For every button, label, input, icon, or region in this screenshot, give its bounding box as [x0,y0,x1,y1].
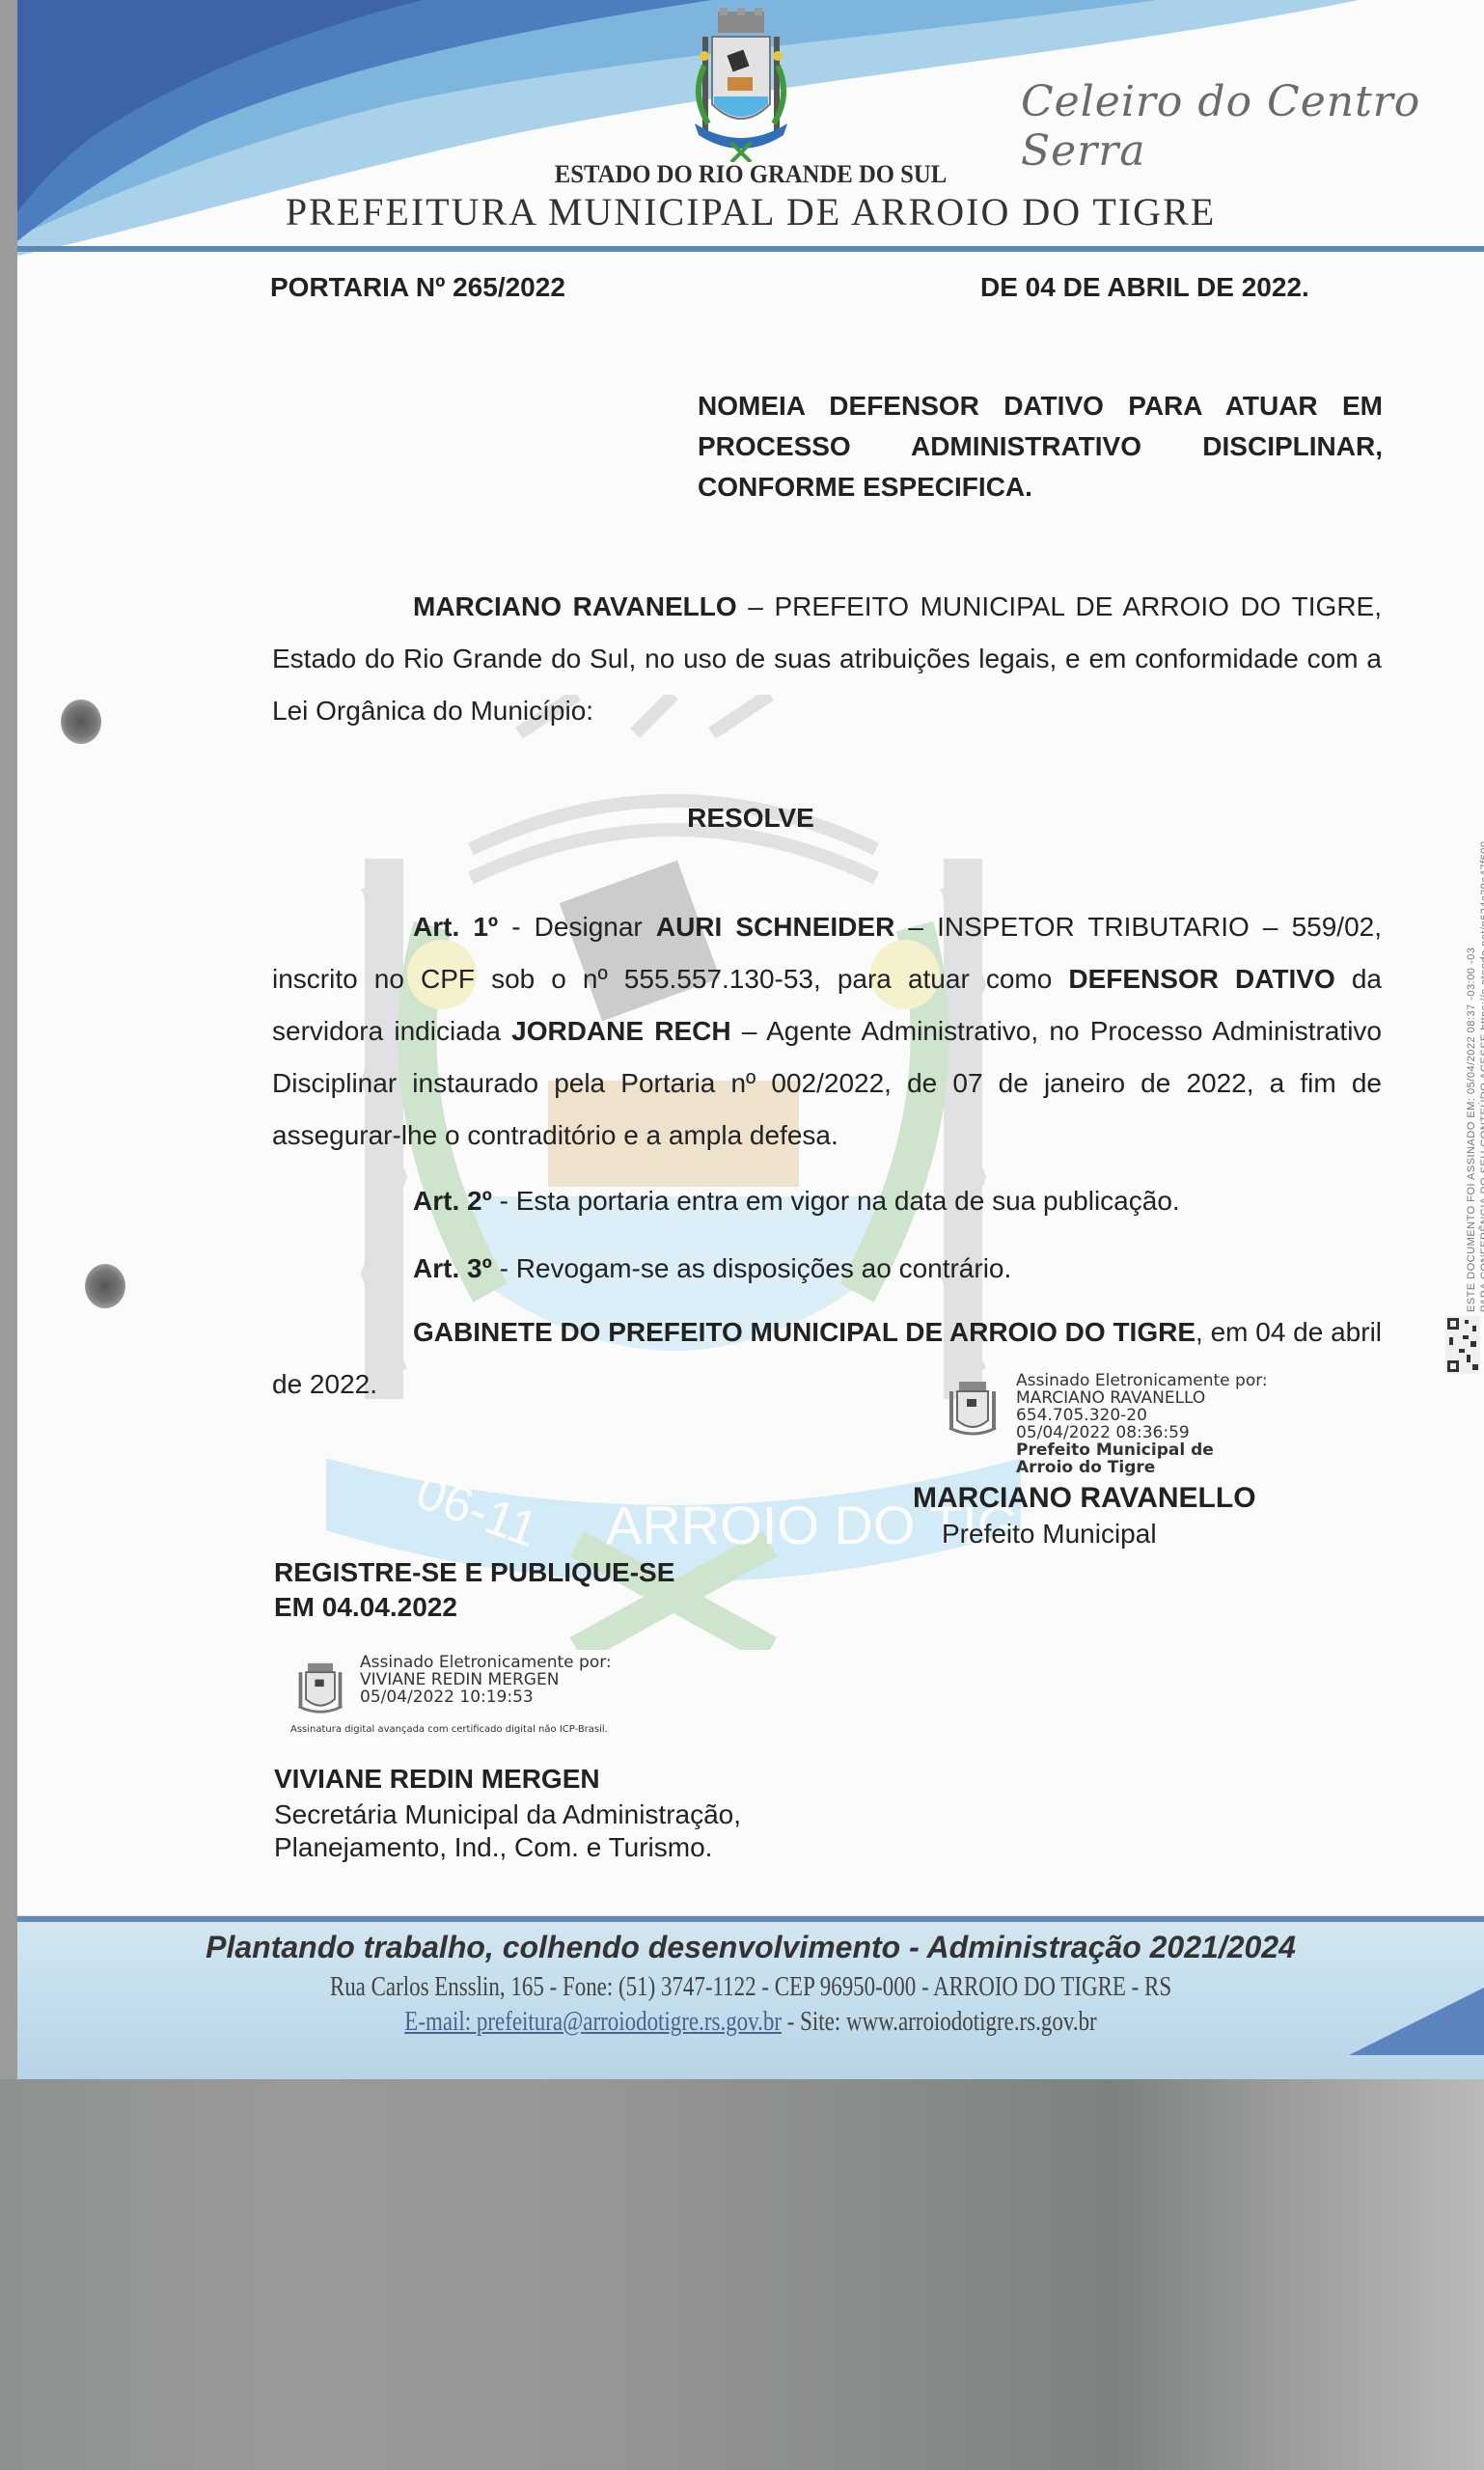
punch-hole [85,1264,125,1308]
portaria-number: PORTARIA Nº 265/2022 [270,272,565,303]
article-3: Art. 3º - Revogam-se as disposições ao c… [413,1243,1011,1295]
side-validation-text: ESTE DOCUMENTO FOI ASSINADO EM: 05/04/20… [1465,837,1484,1312]
secretary-name: VIVIANE REDIN MERGEN [274,1764,600,1795]
mayor-signature-stamp: Assinado Eletronicamente por: MARCIANO R… [1016,1372,1268,1476]
secretary-role: Secretária Municipal da Administração, P… [274,1798,741,1864]
scanner-background [0,2079,1484,2470]
signature-seal-icon [293,1660,347,1715]
resolve-heading: RESOLVE [17,803,1484,834]
portaria-date: DE 04 DE ABRIL DE 2022. [980,272,1309,303]
mayor-name-inline: MARCIANO RAVANELLO [413,591,737,621]
footer-contact: E-mail: prefeitura@arroiodotigre.rs.gov.… [150,2007,1352,2038]
punch-hole [61,700,101,744]
document-page: Celeiro do Centro Serra ESTADO DO RIO GR… [17,0,1484,2079]
signature-certificate-note: Assinatura digital avançada com certific… [290,1723,676,1736]
mayor-name: MARCIANO RAVANELLO [913,1482,1256,1515]
footer-decoration [1349,1988,1484,2055]
header-state: ESTADO DO RIO GRANDE DO SUL [54,160,1447,189]
header-prefeitura: PREFEITURA MUNICIPAL DE ARROIO DO TIGRE [17,189,1484,234]
mayor-role: Prefeito Municipal [942,1519,1157,1550]
secretary-signature-stamp: Assinado Eletronicamente por: VIVIANE RE… [360,1654,612,1706]
registration-block: REGISTRE-SE E PUBLIQUE-SE EM 04.04.2022 [274,1555,674,1625]
qr-code-icon[interactable] [1445,1316,1480,1374]
preamble-paragraph: MARCIANO RAVANELLO – PREFEITO MUNICIPAL … [272,581,1382,737]
footer-slogan: Plantando trabalho, colhendo desenvolvim… [17,1930,1484,1965]
article-1: Art. 1º - Designar AURI SCHNEIDER – INSP… [272,901,1382,1162]
signature-seal-icon [944,1378,1002,1438]
footer-divider [17,1916,1484,1922]
footer-email-link[interactable]: E-mail: prefeitura@arroiodotigre.rs.gov.… [404,2007,782,2037]
footer-address: Rua Carlos Ensslin, 165 - Fone: (51) 374… [150,1972,1352,2003]
scan-edge [0,0,17,2079]
article-2: Art. 2º - Esta portaria entra em vigor n… [413,1175,1180,1227]
municipal-crest-icon [683,8,799,162]
header-divider [17,246,1484,252]
portaria-ementa: NOMEIA DEFENSOR DATIVO PARA ATUAR EM PRO… [698,386,1383,508]
